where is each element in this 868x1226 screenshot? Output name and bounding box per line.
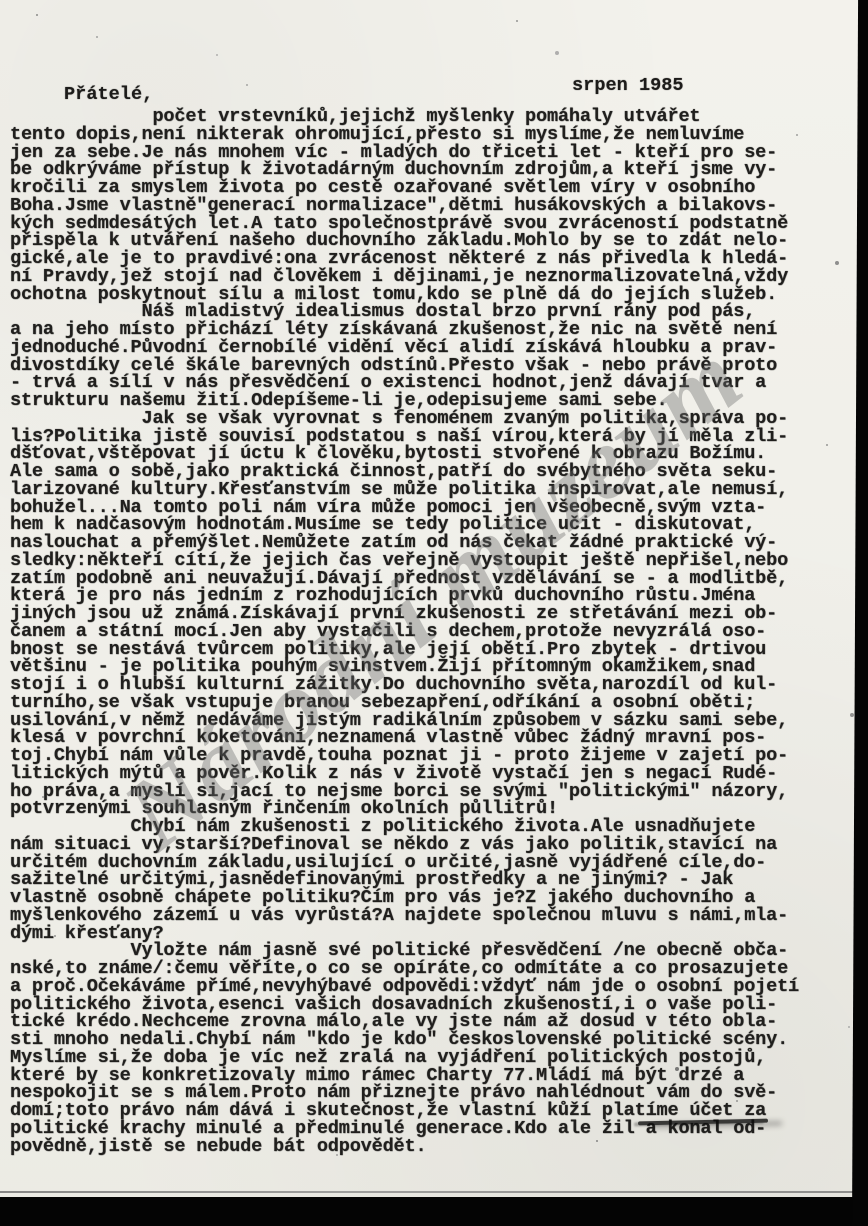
- scanned-letter-page: Přátelé, srpen 1985 počet vrstevníků,jej…: [0, 0, 868, 1226]
- text-line: Myslíme si,že doba je víc než zralá na v…: [10, 1049, 858, 1067]
- text-line: nám situaci vy,starší?Definoval se někdo…: [10, 836, 858, 854]
- text-line: povědně,jistě se nebude bát odpovědět.: [10, 1138, 858, 1156]
- scan-noise-speckles: [36, 14, 38, 16]
- text-line: larizované kultury.Křesťanstvím se může …: [10, 481, 858, 499]
- text-line: turního,se však vstupuje branou sebezapř…: [10, 694, 858, 712]
- text-line: Jak se však vyrovnat s fenoménem zvaným …: [10, 410, 858, 428]
- text-line: ní Pravdy,jež stojí nad člověkem i dějin…: [10, 268, 858, 286]
- text-line: sledky:někteří cítí,že jejich čas veřejn…: [10, 552, 858, 570]
- paper-edge-line: [0, 1191, 868, 1193]
- text-line: a proč.Očekáváme přímé,nevyhýbavé odpově…: [10, 978, 858, 996]
- date-line: srpen 1985: [572, 75, 684, 96]
- text-line: čanem a státní mocí.Jen aby vystačili s …: [10, 623, 858, 641]
- text-line: tento dopis,není nikterak ohromující,pře…: [10, 126, 858, 144]
- text-line: myšlenkového zázemí u vás vyrůstá?A najd…: [10, 907, 858, 925]
- text-line: Boha.Jsme vlastně"generací normalizace",…: [10, 197, 858, 215]
- text-line: litických mýtů a pověr.Kolik z nás v živ…: [10, 765, 858, 783]
- text-line: jednoduché.Původní černobílé vidění věcí…: [10, 339, 858, 357]
- body-text: počet vrstevníků,jejichž myšlenky pomáha…: [10, 108, 858, 1155]
- scan-edge-bottom: [0, 1197, 868, 1226]
- salutation: Přátelé,: [64, 84, 153, 105]
